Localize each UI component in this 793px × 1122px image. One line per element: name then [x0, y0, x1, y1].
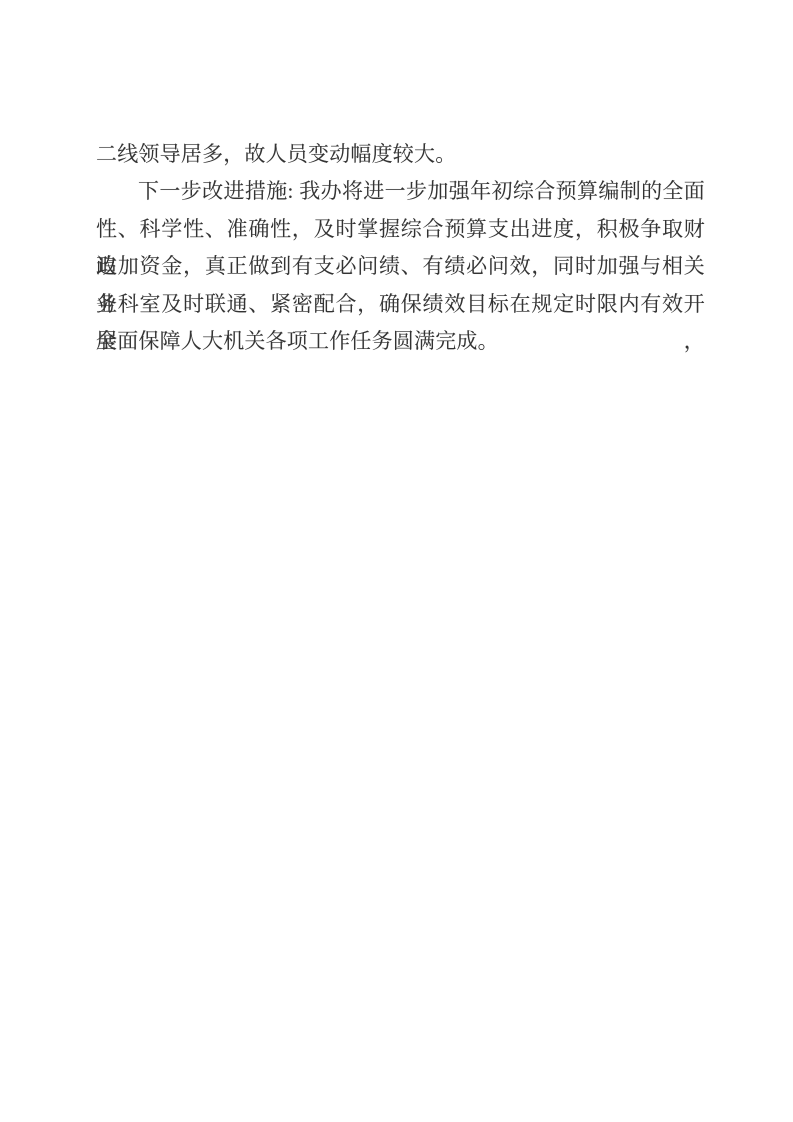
document-text-block: 二线领导居多，故人员变动幅度较大。 下一步改进措施: 我办将进一步加强年初综合预…: [96, 136, 705, 360]
text-line: 追加资金，真正做到有支必问绩、有绩必问效，同时加强与相关业: [96, 248, 705, 285]
text-line: 务科室及时联通、紧密配合，确保绩效目标在规定时限内有效开展，: [96, 286, 705, 323]
text-line: 二线领导居多，故人员变动幅度较大。: [96, 136, 705, 173]
document-page: 二线领导居多，故人员变动幅度较大。 下一步改进措施: 我办将进一步加强年初综合预…: [0, 0, 793, 1122]
text-line: 性、科学性、准确性，及时掌握综合预算支出进度，积极争取财政: [96, 211, 705, 248]
text-line: 下一步改进措施: 我办将进一步加强年初综合预算编制的全面: [96, 173, 705, 210]
